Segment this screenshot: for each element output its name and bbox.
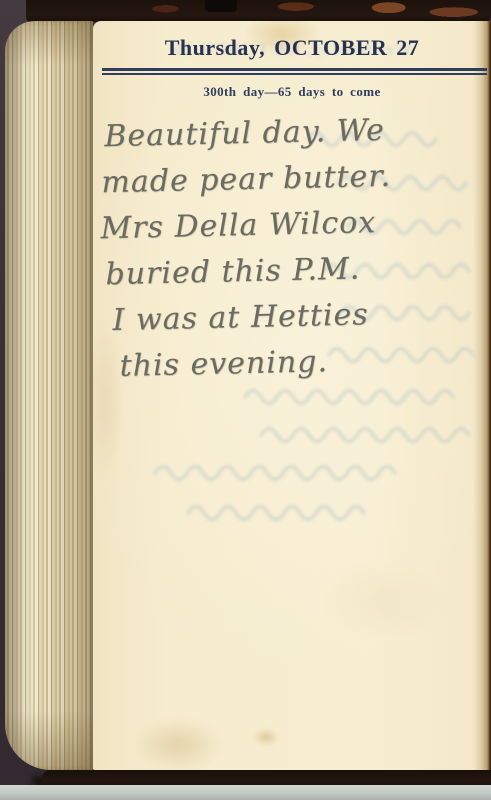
book-spine-fragment bbox=[205, 0, 237, 12]
scanned-diary-photo: Wednesday, OCTOBER 26 Thursday, OCTOBER … bbox=[0, 0, 491, 800]
entry-line: buried this P.M. bbox=[105, 246, 394, 299]
header-double-rule bbox=[102, 68, 487, 75]
page-header: Wednesday, OCTOBER 26 Thursday, OCTOBER … bbox=[93, 21, 491, 100]
entry-line: Mrs Della Wilcox bbox=[100, 200, 392, 253]
diary-page: Wednesday, OCTOBER 26 Thursday, OCTOBER … bbox=[93, 21, 491, 770]
entry-line: this evening. bbox=[119, 338, 396, 390]
day-count-subtitle: 300th day—65 days to come bbox=[93, 84, 491, 100]
diary-entry: Beautiful day. We made pear butter. Mrs … bbox=[98, 108, 396, 391]
book-cover-top-edge bbox=[26, 0, 491, 22]
entry-line: Beautiful day. We bbox=[104, 108, 391, 160]
date-title: Thursday, OCTOBER 27 bbox=[93, 35, 491, 61]
scanner-background bbox=[0, 785, 491, 800]
entry-line: I was at Hetties bbox=[112, 292, 395, 344]
entry-line: made pear butter. bbox=[101, 154, 392, 207]
open-diary-book: Wednesday, OCTOBER 26 Thursday, OCTOBER … bbox=[5, 21, 491, 770]
page-stack-fore-edge bbox=[5, 21, 93, 770]
